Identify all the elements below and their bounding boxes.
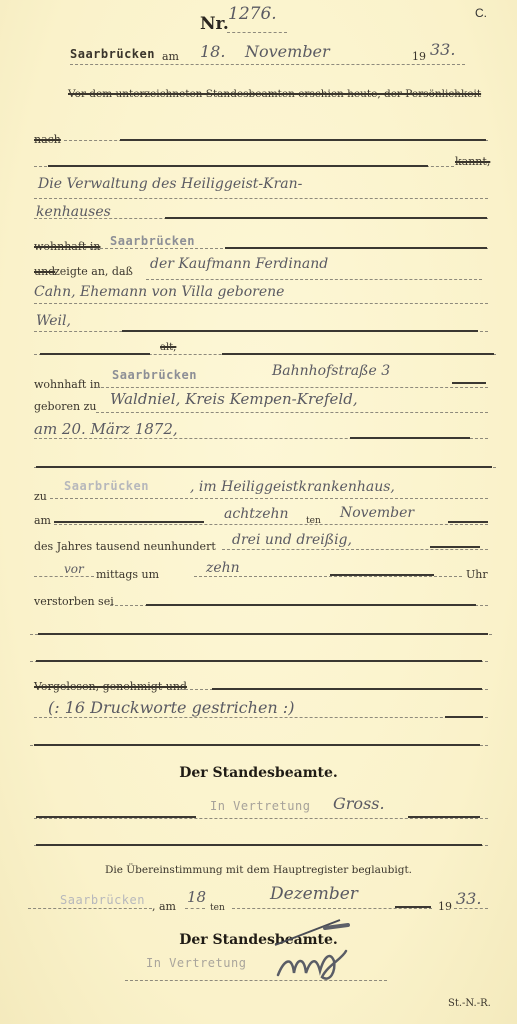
correction-note: (: 16 Druckworte gestrichen :) bbox=[48, 698, 294, 717]
informant-line-1: Die Verwaltung des Heiliggeist-Kran- bbox=[38, 176, 302, 192]
struck-wohnhaft: wohnhaft in bbox=[34, 240, 100, 253]
zeigte-label: zeigte an, daß bbox=[54, 265, 133, 278]
struck-alt: alt, bbox=[160, 342, 176, 353]
cert-year-suffix: 33. bbox=[456, 889, 481, 908]
header-day: 18. bbox=[200, 42, 225, 61]
official-title: Der Standesbeamte. bbox=[0, 765, 517, 781]
struck-nach: nach bbox=[34, 133, 61, 146]
deceased-residence-stamp: Saarbrücken bbox=[112, 368, 197, 382]
deceased-street: Bahnhofstraße 3 bbox=[272, 363, 390, 379]
struck-read-approved: Vorgelesen, genehmigt und bbox=[34, 680, 187, 693]
header-month: November bbox=[245, 42, 330, 61]
cert-signature-scribble bbox=[270, 915, 360, 987]
born-date: am 20. März 1872, bbox=[34, 420, 178, 438]
civil-register-death-record: C. Nr. 1276. Saarbrücken am 18. November… bbox=[0, 0, 517, 1024]
time-hour: zehn bbox=[206, 560, 240, 576]
record-number-label: Nr. bbox=[200, 14, 229, 34]
header-year-prefix: 19 bbox=[412, 50, 426, 63]
death-am-label: am bbox=[34, 514, 51, 527]
deceased-residence-label: wohnhaft in bbox=[34, 378, 100, 391]
year-label: des Jahres tausend neunhundert bbox=[34, 540, 216, 553]
deceased-line-3: Weil, bbox=[36, 313, 71, 329]
deceased-line-1: der Kaufmann Ferdinand bbox=[150, 256, 328, 272]
death-place-stamp: Saarbrücken bbox=[64, 479, 149, 493]
header-place: Saarbrücken bbox=[70, 47, 155, 61]
struck-und: und bbox=[34, 265, 55, 278]
cert-day: 18 bbox=[187, 888, 206, 906]
cert-place-stamp: Saarbrücken bbox=[60, 893, 145, 907]
deceased-line-2: Cahn, Ehemann von Villa geborene bbox=[34, 284, 284, 300]
deputy-stamp: In Vertretung bbox=[210, 799, 310, 813]
informant-residence-stamp: Saarbrücken bbox=[110, 234, 195, 248]
death-day: achtzehn bbox=[224, 506, 289, 522]
header-am-label: am bbox=[162, 50, 179, 63]
born-label: geboren zu bbox=[34, 400, 96, 413]
cert-signature: Groß bbox=[300, 946, 303, 947]
born-place: Waldniel, Kreis Kempen-Krefeld, bbox=[110, 390, 358, 408]
cert-official-title: Der Standesbeamte. bbox=[0, 932, 517, 948]
died-label: verstorben sei bbox=[34, 595, 114, 608]
cert-am-label: , am bbox=[152, 900, 176, 913]
time-label: mittags um bbox=[96, 568, 159, 581]
cert-year-prefix: 19 bbox=[438, 900, 452, 913]
cert-ten: ten bbox=[210, 903, 225, 913]
record-number-value: 1276. bbox=[228, 4, 277, 24]
cert-deputy-stamp: In Vertretung bbox=[146, 956, 246, 970]
struck-kannt: kannt, bbox=[455, 155, 490, 168]
time-prefix: vor bbox=[64, 562, 84, 576]
uhr-label: Uhr bbox=[466, 568, 488, 581]
struck-intro: Vor dem unterzeichneten Standesbeamten e… bbox=[68, 88, 481, 100]
official-signature: Gross. bbox=[333, 794, 385, 813]
header-year-suffix: 33. bbox=[430, 40, 455, 59]
certification-text: Die Übereinstimmung mit dem Hauptregiste… bbox=[0, 864, 517, 876]
form-code: C. bbox=[475, 6, 487, 20]
cert-month: Dezember bbox=[270, 884, 358, 904]
death-place-label: zu bbox=[34, 490, 47, 503]
year-words: drei und dreißig, bbox=[232, 532, 352, 548]
death-month: November bbox=[340, 505, 414, 521]
death-place-detail: , im Heiliggeistkrankenhaus, bbox=[190, 479, 395, 495]
footer-code: St.-N.-R. bbox=[448, 998, 491, 1009]
